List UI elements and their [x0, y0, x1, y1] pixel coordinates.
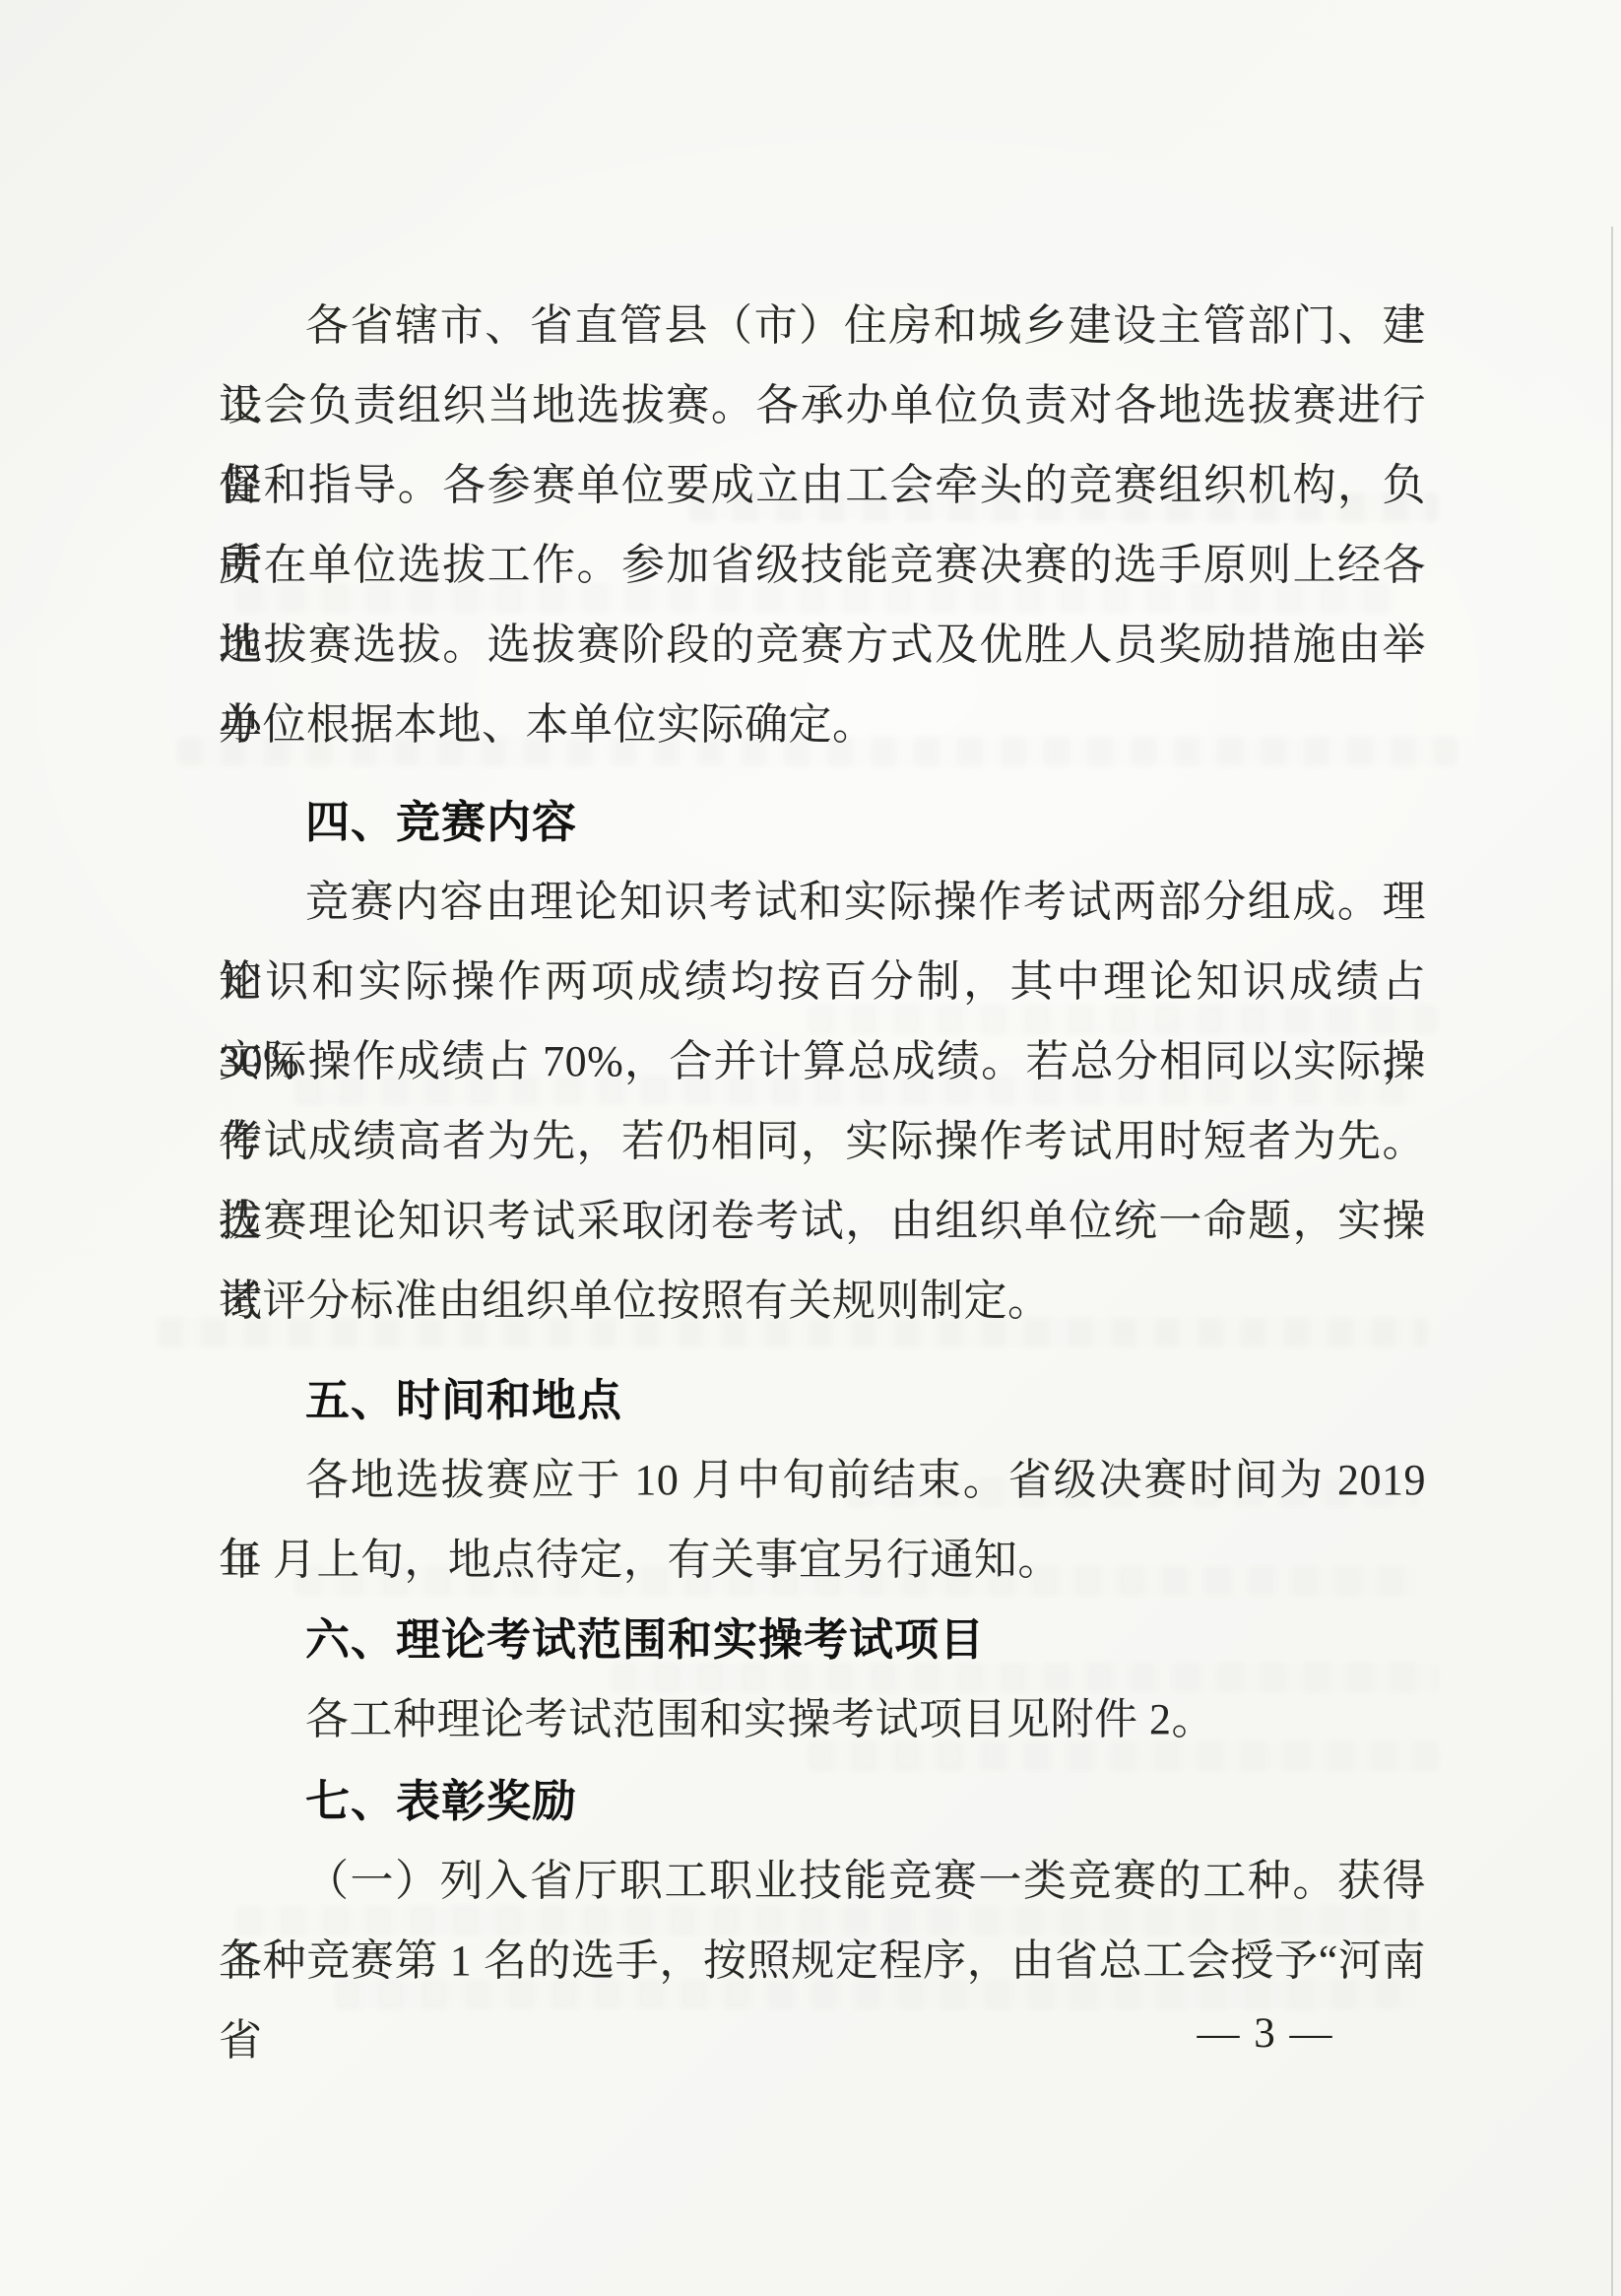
- paragraph-line: 工种竞赛第 1 名的选手，按照规定程序，由省总工会授予“河南省: [219, 1921, 1426, 2001]
- section-heading-competition-content: 四、竞赛内容: [219, 782, 1426, 862]
- paragraph-line: 11 月上旬，地点待定，有关事宜另行通知。: [219, 1520, 1426, 1600]
- page-number: — 3 —: [1182, 2009, 1349, 2059]
- paragraph-line: 各地选拔赛应于 10 月中旬前结束。省级决赛时间为 2019 年: [219, 1440, 1426, 1520]
- paragraph-line: 所在单位选拔工作。参加省级技能竞赛决赛的选手原则上经各地: [219, 525, 1426, 605]
- paragraph-line: 促和指导。各参赛单位要成立由工会牵头的竞赛组织机构，负责: [219, 445, 1426, 525]
- paragraph-line: 工会负责组织当地选拔赛。各承办单位负责对各地选拔赛进行督: [219, 365, 1426, 445]
- paragraph-line: 各工种理论考试范围和实操考试项目见附件 2。: [219, 1679, 1426, 1759]
- paragraph-line: 知识和实际操作两项成绩均按百分制，其中理论知识成绩占 30%，: [219, 942, 1426, 1021]
- scanned-document-page: 各省辖市、省直管县（市）住房和城乡建设主管部门、建设 工会负责组织当地选拔赛。各…: [0, 0, 1621, 2296]
- paragraph-line: （一）列入省厅职工职业技能竞赛一类竞赛的工种。获得各: [219, 1841, 1426, 1921]
- paragraph-line: 单位根据本地、本单位实际确定。: [219, 685, 1426, 764]
- paragraph-line: 选拔赛选拔。选拔赛阶段的竞赛方式及优胜人员奖励措施由举办: [219, 605, 1426, 685]
- paragraph-line: 拔赛理论知识考试采取闭卷考试，由组织单位统一命题，实操考: [219, 1181, 1426, 1261]
- paragraph-line: 试评分标准由组织单位按照有关规则制定。: [219, 1261, 1426, 1341]
- section-heading-time-and-place: 五、时间和地点: [219, 1360, 1426, 1440]
- section-heading-commendation: 七、表彰奖励: [219, 1761, 1426, 1841]
- paragraph-line: 实际操作成绩占 70%，合并计算总成绩。若总分相同以实际操作: [219, 1021, 1426, 1101]
- section-heading-exam-scope: 六、理论考试范围和实操考试项目: [219, 1600, 1426, 1679]
- scan-edge-line: [1611, 227, 1613, 2296]
- paragraph-line: 竞赛内容由理论知识考试和实际操作考试两部分组成。理论: [219, 862, 1426, 942]
- paragraph-line: 考试成绩高者为先，若仍相同，实际操作考试用时短者为先。选: [219, 1101, 1426, 1181]
- paragraph-line: 各省辖市、省直管县（市）住房和城乡建设主管部门、建设: [219, 286, 1426, 365]
- document-body: 各省辖市、省直管县（市）住房和城乡建设主管部门、建设 工会负责组织当地选拔赛。各…: [219, 286, 1426, 2001]
